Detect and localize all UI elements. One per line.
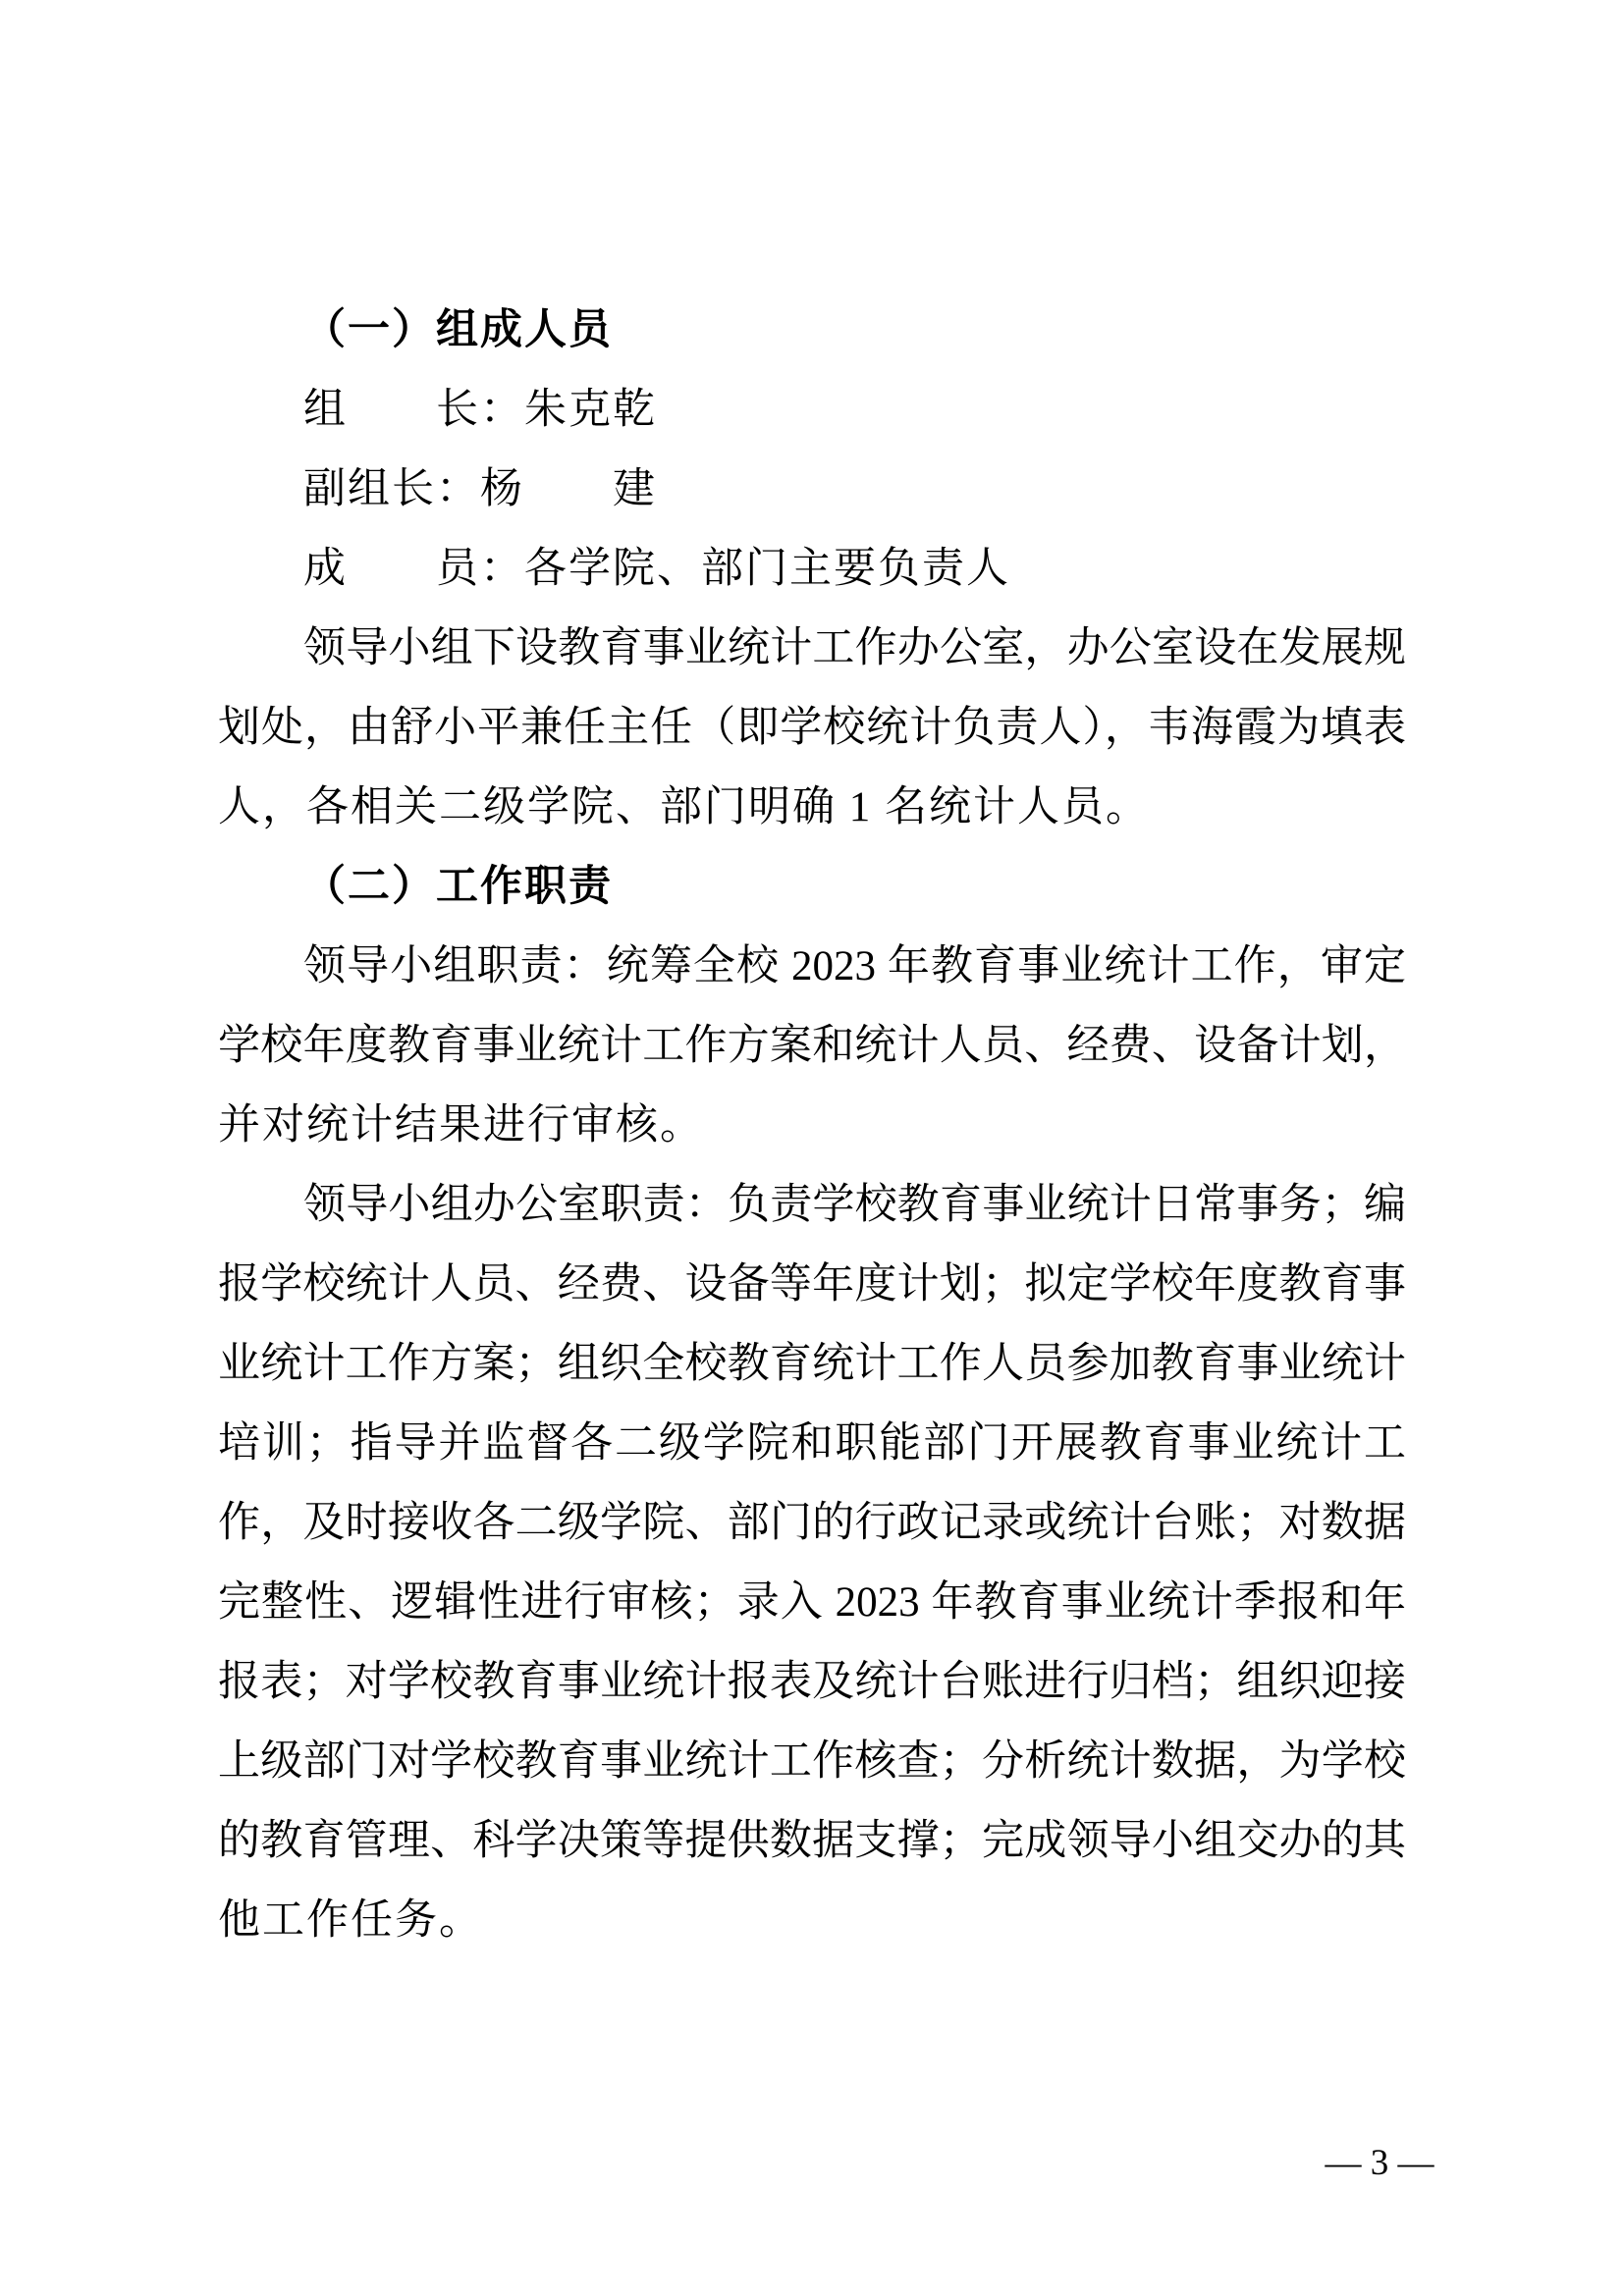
document-page: （一）组成人员组 长：朱克乾副组长：杨 建成 员：各学院、部门主要负责人领导小组…: [0, 0, 1624, 2296]
section-heading: （一）组成人员: [218, 291, 1406, 370]
text-line: 划处，由舒小平兼任主任（即学校统计负责人），韦海霞为填表: [218, 688, 1406, 768]
text-line: 领导小组职责：统筹全校 2023 年教育事业统计工作，审定: [218, 927, 1406, 1006]
text-line: 领导小组下设教育事业统计工作办公室，办公室设在发展规: [218, 609, 1406, 688]
document-body: （一）组成人员组 长：朱克乾副组长：杨 建成 员：各学院、部门主要负责人领导小组…: [218, 291, 1406, 1960]
text-line: 成 员：各学院、部门主要负责人: [218, 529, 1406, 609]
text-line: 报表；对学校教育事业统计报表及统计台账进行归档；组织迎接: [218, 1642, 1406, 1722]
text-line: 并对统计结果进行审核。: [218, 1086, 1406, 1165]
text-line: 业统计工作方案；组织全校教育统计工作人员参加教育事业统计: [218, 1324, 1406, 1404]
text-line: 作，及时接收各二级学院、部门的行政记录或统计台账；对数据: [218, 1483, 1406, 1563]
page-number: — 3 —: [1311, 2138, 1448, 2189]
text-line: 组 长：朱克乾: [218, 370, 1406, 450]
text-line: 培训；指导并监督各二级学院和职能部门开展教育事业统计工: [218, 1404, 1406, 1483]
text-line: 上级部门对学校教育事业统计工作核查；分析统计数据，为学校: [218, 1722, 1406, 1801]
text-line: 完整性、逻辑性进行审核；录入 2023 年教育事业统计季报和年: [218, 1563, 1406, 1642]
text-line: 他工作任务。: [218, 1881, 1406, 1960]
text-line: 领导小组办公室职责：负责学校教育事业统计日常事务；编: [218, 1165, 1406, 1245]
section-heading: （二）工作职责: [218, 847, 1406, 927]
text-line: 人，各相关二级学院、部门明确 1 名统计人员。: [218, 768, 1406, 847]
text-line: 学校年度教育事业统计工作方案和统计人员、经费、设备计划，: [218, 1006, 1406, 1086]
text-line: 报学校统计人员、经费、设备等年度计划；拟定学校年度教育事: [218, 1245, 1406, 1324]
text-line: 的教育管理、科学决策等提供数据支撑；完成领导小组交办的其: [218, 1801, 1406, 1881]
text-line: 副组长：杨 建: [218, 450, 1406, 529]
